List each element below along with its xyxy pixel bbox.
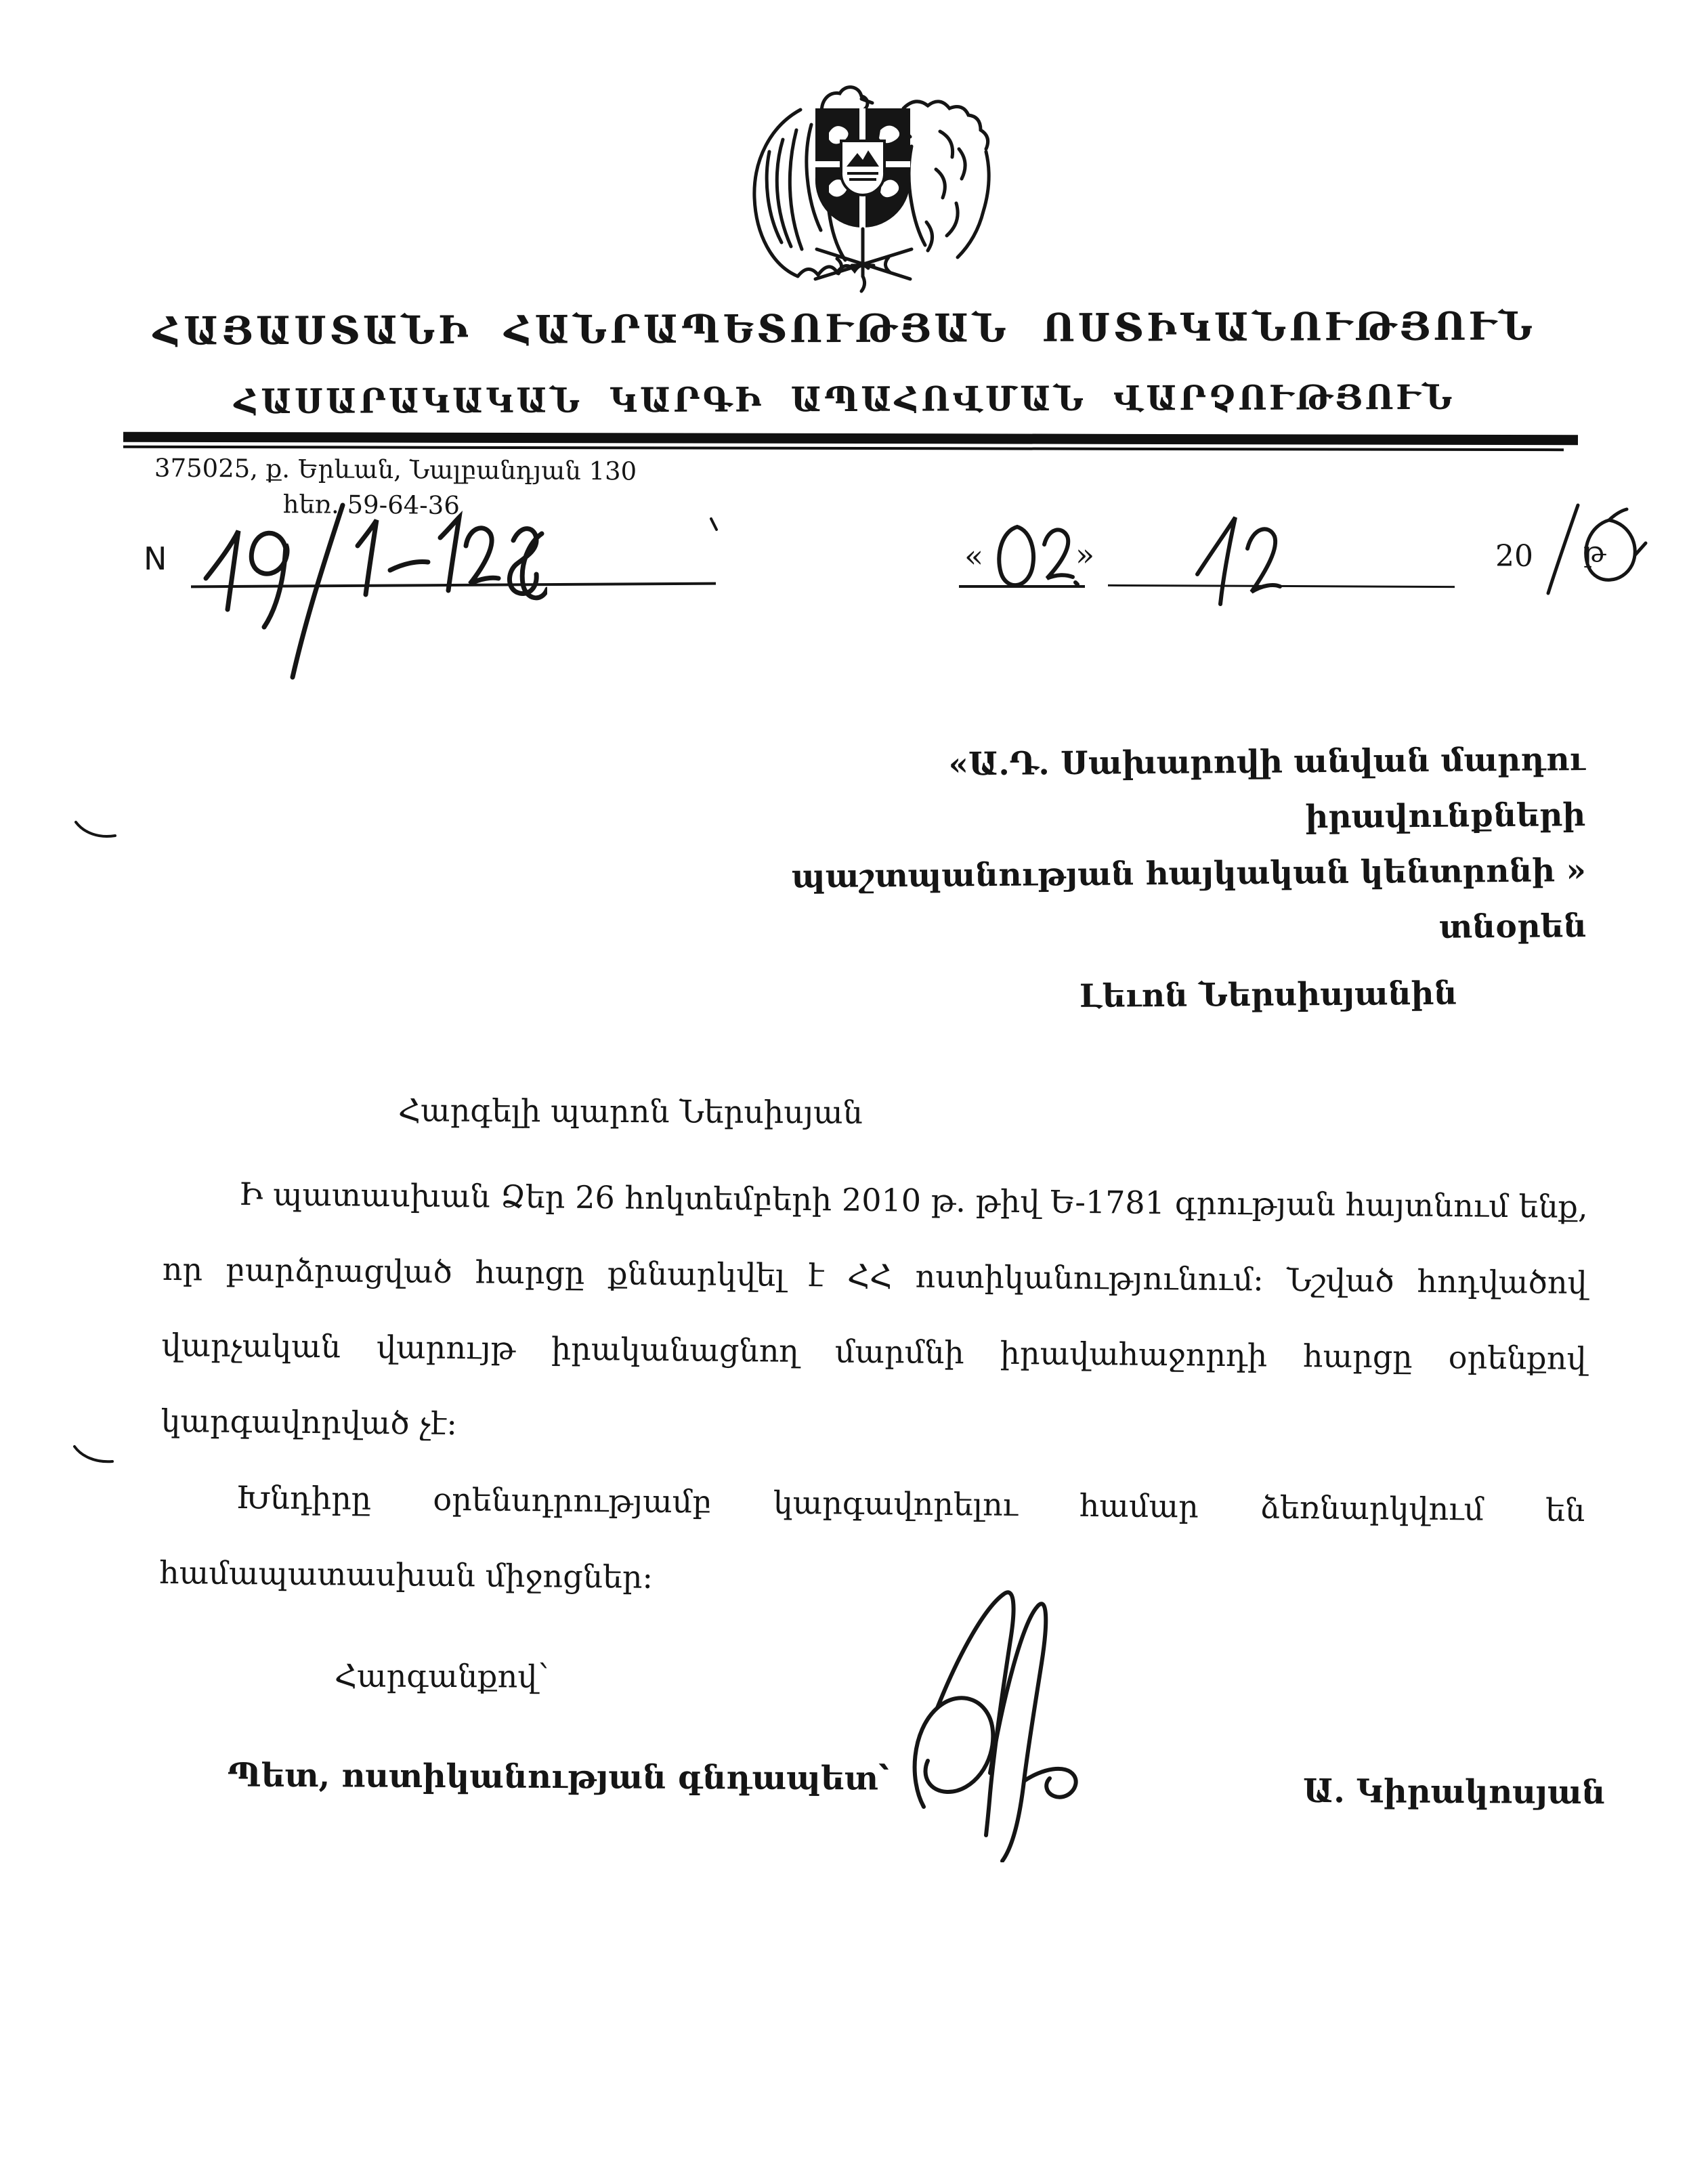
org-name-line1: ՀԱՅԱՍՏԱՆԻ ՀԱՆՐԱՊԵՏՈՒԹՅԱՆ ՈՍՏԻԿԱՆՈՒԹՅՈՒՆ [34, 303, 1655, 355]
date-day-underline [959, 585, 1085, 588]
armenia-coat-of-arms-icon [730, 65, 996, 298]
recipient-line2: պաշտպանության հայկական կենտրոնի » տնօրեն [731, 843, 1587, 961]
body-paragraph-1: Ի պատասխան Ձեր 26 հոկտեմբերի 2010 թ. թիվ… [161, 1155, 1588, 1472]
scanned-letter-page: ՀԱՅԱՍՏԱՆԻ ՀԱՆՐԱՊԵՏՈՒԹՅԱՆ ՈՍՏԻԿԱՆՈՒԹՅՈՒՆ … [0, 0, 1689, 2184]
date-month-handwriting: 12 [1184, 507, 1292, 608]
letter-body: Ի պատասխան Ձեր 26 հոկտեմբերի 2010 թ. թիվ… [159, 1155, 1588, 1624]
stray-pen-tick [707, 516, 721, 534]
signer-name: Ա. Կիրակոսյան [1303, 1772, 1606, 1812]
letterhead-rule [123, 432, 1578, 452]
salutation: Հարգելի պարոն Ներսիսյան [398, 1092, 863, 1131]
margin-pen-mark [72, 810, 119, 844]
letterhead-address: 375025, ք. Երևան, Նալբանդյան 130 [154, 454, 637, 486]
margin-pen-mark [70, 1437, 118, 1471]
date-open-quote: « [964, 538, 983, 574]
date-year-prefix: 20 [1495, 539, 1533, 574]
date-close-quote: » [1075, 536, 1094, 573]
signer-title: Պետ, ոստիկանության գնդապետ՝ [228, 1756, 889, 1797]
org-name-line2: ՀԱՍԱՐԱԿԱԿԱՆ ԿԱՐԳԻ ԱՊԱՀՈՎՄԱՆ ՎԱՐՉՈՒԹՅՈՒՆ [25, 377, 1663, 423]
ref-number-label: N [144, 540, 167, 577]
body-paragraph-2: Խնդիրը օրենսդրությամբ կարգավորելու համար… [159, 1459, 1585, 1624]
date-year-handwriting [1533, 490, 1655, 605]
handwritten-signature [901, 1578, 1124, 1862]
recipient-line3: Լեւոն Ներսիսյանին [732, 965, 1587, 1027]
recipient-block: «Ա.Դ. Սախարովի անվան մարդու իրավունքների… [730, 732, 1587, 1027]
ref-number-handwriting: 19/1-1286 [195, 502, 547, 706]
recipient-line1: «Ա.Դ. Սախարովի անվան մարդու իրավունքների [730, 732, 1585, 850]
closing-regards: Հարգանքով՝ [335, 1657, 549, 1694]
